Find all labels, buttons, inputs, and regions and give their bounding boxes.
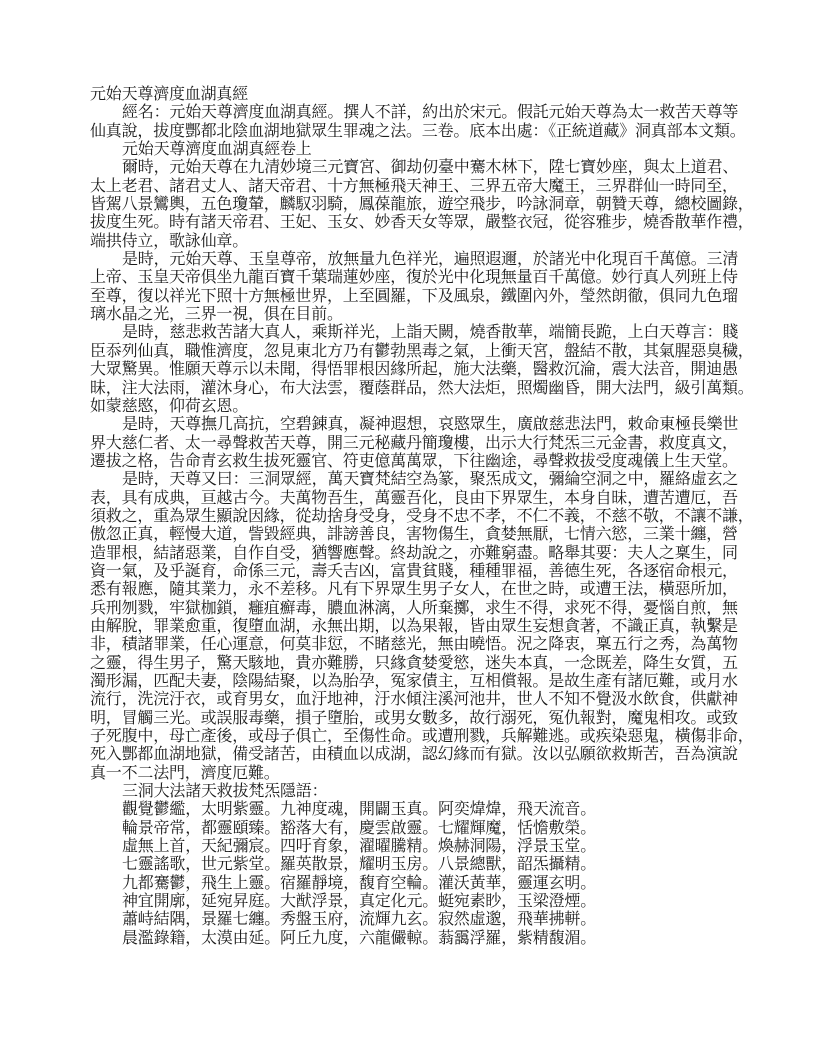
text-line: 七靈謠歌，世元紫堂。羅英散景，耀明玉房。八景總獸，韶炁攝精。 bbox=[90, 856, 738, 874]
text-line: 蕭峙結隅，景羅七纏。秀盤玉府，流輝九玄。寂然虛邈，飛華拂軿。 bbox=[90, 911, 738, 929]
text-line: 悉有報應，隨其業力，永不差移。凡有下界眾生男子女人，在世之時，或遭王法，橫惡所加… bbox=[90, 581, 738, 599]
text-line: 是時，元始天尊、玉皇尊帝，放無量九色祥光，遍照遐邇，於諸光中化現百千萬億。三清 bbox=[90, 251, 738, 269]
text-line: 遷拔之格，告命青玄救生拔死靈官、符吏億萬萬眾，下往幽途，尋聲救拔受度魂儀上生天堂… bbox=[90, 453, 738, 471]
text-line: 虛無上首，天紀彌宸。四吁育象，濯曜騰精。煥赫洞陽，浮景玉堂。 bbox=[90, 838, 738, 856]
text-line: 界大慈仁者、太一尋聲救苦天尊，開三元秘藏丹簡瓊樓，出示大行梵炁三元金書，救度真文… bbox=[90, 435, 738, 453]
text-line: 由解脫，罪業愈重，復墮血湖，永無出期，以為果報，皆由眾生妄想貪著，不識正真，執繫… bbox=[90, 618, 738, 636]
document-title: 元始天尊濟度血湖真經 bbox=[90, 86, 738, 104]
text-line: 臣忝列仙真，職惟濟度，忽見東北方乃有鬱勃黑毒之氣，上衝天宮，盤結不散，其氣腥惡臭… bbox=[90, 343, 738, 361]
text-line: 子死腹中，母亡產後，或母子俱亡，至傷性命。或遭刑戮，兵解難逃。或疾染惡鬼，橫傷非… bbox=[90, 728, 738, 746]
text-line: 真一不二法門，濟度厄難。 bbox=[90, 765, 738, 783]
text-line: 璃水晶之光，三界一視，俱在目前。 bbox=[90, 306, 738, 324]
text-line: 之靈，得生男子，驚天駭地，貴亦難勝，只緣貪婪愛慾，迷失本真，一念既差，降生女質，… bbox=[90, 655, 738, 673]
text-line: 兵刑刎戮，牢獄枷鎖，癰疽癬毒，膿血淋漓，人所棄擲，求生不得，求死不得，憂惱自煎，… bbox=[90, 600, 738, 618]
document-page: 元始天尊濟度血湖真經經名：元始天尊濟度血湖真經。撰人不詳，約出於宋元。假託元始天… bbox=[0, 0, 816, 1056]
text-line: 拔度生死。時有諸天帝君、王妃、玉女、妙香天女等眾，嚴整衣冠，從容雅步，燒香散華作… bbox=[90, 214, 738, 232]
text-line: 觀覺鬱繿，太明紫靈。九神度魂，開闢玉真。阿奕煒煒，飛天流音。 bbox=[90, 801, 738, 819]
text-line: 明，冒觸三光。或誤服毒藥，損子墮胎，或男女數多，故行溺死，冤仇報對，魔鬼相攻。或… bbox=[90, 710, 738, 728]
text-line: 太上老君、諸君丈人、諸天帝君、十方無極飛天神王、三界五帝大魔王，三界群仙一時同至… bbox=[90, 178, 738, 196]
text-line: 上帝、玉皇天帝俱坐九龍百寶千葉瑞蓮妙座，復於光中化現無量百千萬億。妙行真人列班上… bbox=[90, 269, 738, 287]
text-line: 經名：元始天尊濟度血湖真經。撰人不詳，約出於宋元。假託元始天尊為太一救苦天尊等 bbox=[90, 104, 738, 122]
text-line: 皆駕八景鸞輿，五色瓊輦，麟馭羽騎，鳳葆龍旅，遊空飛步，吟詠洞章，朝贊天尊，總校圖… bbox=[90, 196, 738, 214]
text-line: 仙真說，拔度酆都北陰血湖地獄眾生罪魂之法。三卷。底本出處：《正統道藏》洞真部本文… bbox=[90, 123, 738, 141]
text-line: 九都騫鬱，飛生上靈。宿羅靜境，馥育空輪。灌沃黃華，靈運玄明。 bbox=[90, 875, 738, 893]
text-line: 表，具有成典，亘越古今。夫萬物吾生，萬靈吾化，良由下界眾生，本身自昧，遭苦遭厄，… bbox=[90, 490, 738, 508]
text-line: 須救之，重為眾生顯說因緣，從劫捨身受身，受身不忠不孝，不仁不義，不慈不敬，不讓不… bbox=[90, 508, 738, 526]
text-line: 三洞大法諸天救拔梵炁隱語： bbox=[90, 783, 738, 801]
text-line: 如蒙慈愍，仰荷玄恩。 bbox=[90, 398, 738, 416]
text-line: 流行，洗浣汙衣，或育男女，血汙地神，汙水傾注溪河池井，世人不知不覺汲水飲食，供獻… bbox=[90, 691, 738, 709]
text-line: 昧，注大法雨，灌沐身心，布大法雲，覆蔭群品，然大法炬，照燭幽昏，開大法門，級引萬… bbox=[90, 380, 738, 398]
text-line: 濁形漏，匹配夫妻，陰陽結聚，以為胎孕，冤家債主，互相償報。是故生產有諸厄難，或月… bbox=[90, 673, 738, 691]
text-line: 至尊，復以祥光下照十方無極世界，上至圓羅，下及風泉，鐵圍內外，瑩然朗徹，俱同九色… bbox=[90, 288, 738, 306]
text-line: 晨濫錄籍，太漠由延。阿丘九度，六龍儼輬。蓊靄浮羅，紫精馥湄。 bbox=[90, 930, 738, 948]
text-line: 元始天尊濟度血湖真經卷上 bbox=[90, 141, 738, 159]
text-line: 大眾驚異。惟願天尊示以未聞，得悟罪根因緣所起，施大法藥，醫救沉淪，震大法音，開迪… bbox=[90, 361, 738, 379]
text-line: 神宜開廓，延宛昇庭。大猷浮景，真定化元。蜓宛素眇，玉梁澄煙。 bbox=[90, 893, 738, 911]
text-line: 端拱侍立，歌詠仙章。 bbox=[90, 233, 738, 251]
text-line: 傲忽正真，輕慢大道，訾毀經典，誹謗善良，害物傷生，貪婪無厭，七情六慾，三業十纏，… bbox=[90, 526, 738, 544]
text-line: 非，積諸罪業，任心運意，何莫非愆，不睹慈光，無由曉悟。況之降衷，稟五行之秀，為萬… bbox=[90, 636, 738, 654]
scripture-text: 元始天尊濟度血湖真經經名：元始天尊濟度血湖真經。撰人不詳，約出於宋元。假託元始天… bbox=[90, 86, 738, 948]
text-line: 是時，慈悲救苦諸大真人，乘斯祥光，上詣天闕，燒香散華，端簡長跪，上白天尊言：賤 bbox=[90, 324, 738, 342]
text-line: 是時，天尊撫几高抗，空碧錬真，凝神遐想，哀愍眾生，廣啟慈悲法門，敕命東極長樂世 bbox=[90, 416, 738, 434]
text-line: 造罪根，結諸惡業，自作自受，猶響應聲。終劫說之，亦難窮盡。略舉其要：夫人之稟生，… bbox=[90, 545, 738, 563]
text-line: 資一氣，及乎誕育，命係三元，壽夭吉凶，富貴貧賤，種種罪福，善德生死，各逐宿命根元… bbox=[90, 563, 738, 581]
text-line: 爾時，元始天尊在九清妙境三元寶宮、御劫仞臺中騫木林下，陞七寶妙座，與太上道君、 bbox=[90, 159, 738, 177]
text-line: 輪景帝常，都靈頤臻。豁落大有，慶雲啟靈。七耀輝魔，恬憺敷榮。 bbox=[90, 820, 738, 838]
text-line: 死入酆都血湖地獄，備受諸苦，由積血以成湖，認幻緣而有獄。汝以弘願欲救斯苦，吾為演… bbox=[90, 746, 738, 764]
text-line: 是時，天尊又曰：三洞眾經，萬天寶梵結空為篆，聚炁成文，彌綸空洞之中，羅絡虛玄之 bbox=[90, 471, 738, 489]
